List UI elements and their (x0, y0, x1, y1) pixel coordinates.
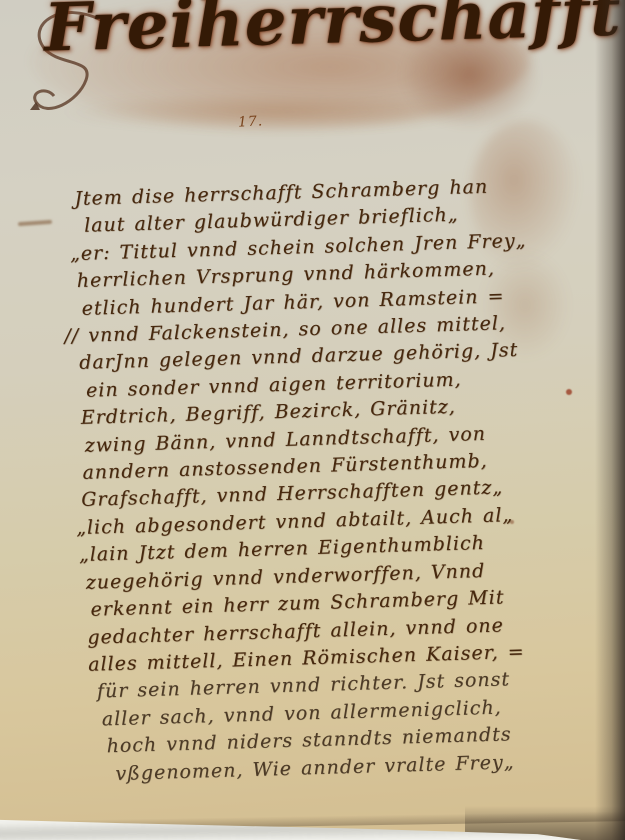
margin-smudge (18, 220, 52, 226)
folio-mark: 17. (238, 113, 264, 130)
foxing-speck (566, 389, 572, 395)
manuscript-page: Freiherrschafft:7 17. Jtem dise herrscha… (0, 0, 625, 840)
title-row: Freiherrschafft:7 (43, 0, 625, 67)
manuscript-photo: Freiherrschafft:7 17. Jtem dise herrscha… (0, 0, 625, 840)
manuscript-text: Jtem dise herrschafft Schramberg hanlaut… (74, 172, 578, 789)
right-edge-gutter-shadow (595, 0, 625, 840)
manuscript-title: Freiherrschafft (43, 0, 622, 67)
